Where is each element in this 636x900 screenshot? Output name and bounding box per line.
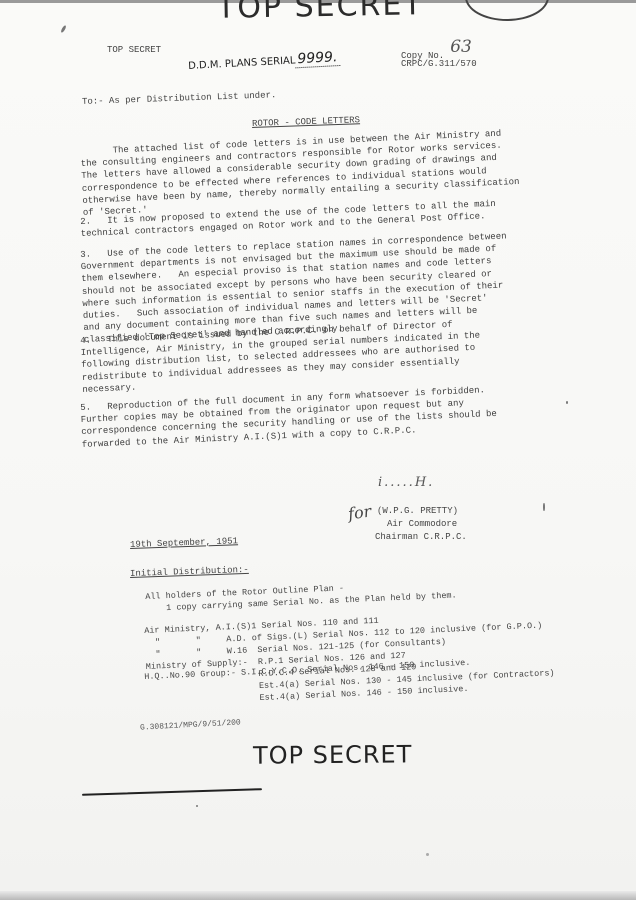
reference-number: CRPC/G.311/570 bbox=[401, 59, 477, 69]
paragraph-5: 5. Reproduction of the full document in … bbox=[80, 384, 498, 451]
document-date: 19th September, 1951 bbox=[130, 536, 238, 550]
classification-label: TOP SECRET bbox=[107, 45, 161, 55]
copy-value: 63 bbox=[450, 37, 472, 57]
document-page: TOP SECRET TOP SECRET D.D.M. PLANS SERIA… bbox=[0, 0, 636, 900]
pen-stroke bbox=[82, 788, 262, 796]
distribution-heading: Initial Distribution:- bbox=[130, 565, 249, 579]
scan-speck bbox=[60, 25, 67, 33]
scan-speck bbox=[426, 853, 429, 856]
document-title: ROTOR - CODE LETTERS bbox=[252, 115, 360, 129]
serial-value: 9999. bbox=[295, 49, 340, 68]
top-secret-footer-stamp: TOP SECRET bbox=[253, 740, 413, 769]
distribution-ministries: Air Ministry, A.I.(S)1 Serial Nos. 110 a… bbox=[144, 607, 555, 709]
serial-stamp: D.D.M. PLANS SERIAL9999. bbox=[188, 49, 340, 73]
scan-speck bbox=[196, 805, 198, 807]
signature-for: for bbox=[347, 501, 373, 523]
signatory-name: (W.P.G. PRETTY) bbox=[377, 506, 458, 516]
signatory-rank: Air Commodore bbox=[387, 519, 457, 529]
serial-label: D.D.M. PLANS SERIAL bbox=[188, 55, 296, 72]
print-reference: G.308121/MPG/9/51/200 bbox=[140, 718, 241, 732]
circled-mark bbox=[465, 0, 549, 21]
scan-edge-shadow bbox=[0, 891, 636, 900]
scan-speck bbox=[543, 503, 545, 511]
distribution-holders: All holders of the Rotor Outline Plan - … bbox=[145, 577, 457, 615]
signature-scrawl: i.....H. bbox=[378, 475, 434, 490]
top-secret-header-stamp: TOP SECRET bbox=[217, 0, 424, 26]
addressee-line: To:- As per Distribution List under. bbox=[82, 90, 277, 107]
signatory-position: Chairman C.R.P.C. bbox=[375, 532, 467, 542]
scan-speck bbox=[566, 401, 568, 404]
